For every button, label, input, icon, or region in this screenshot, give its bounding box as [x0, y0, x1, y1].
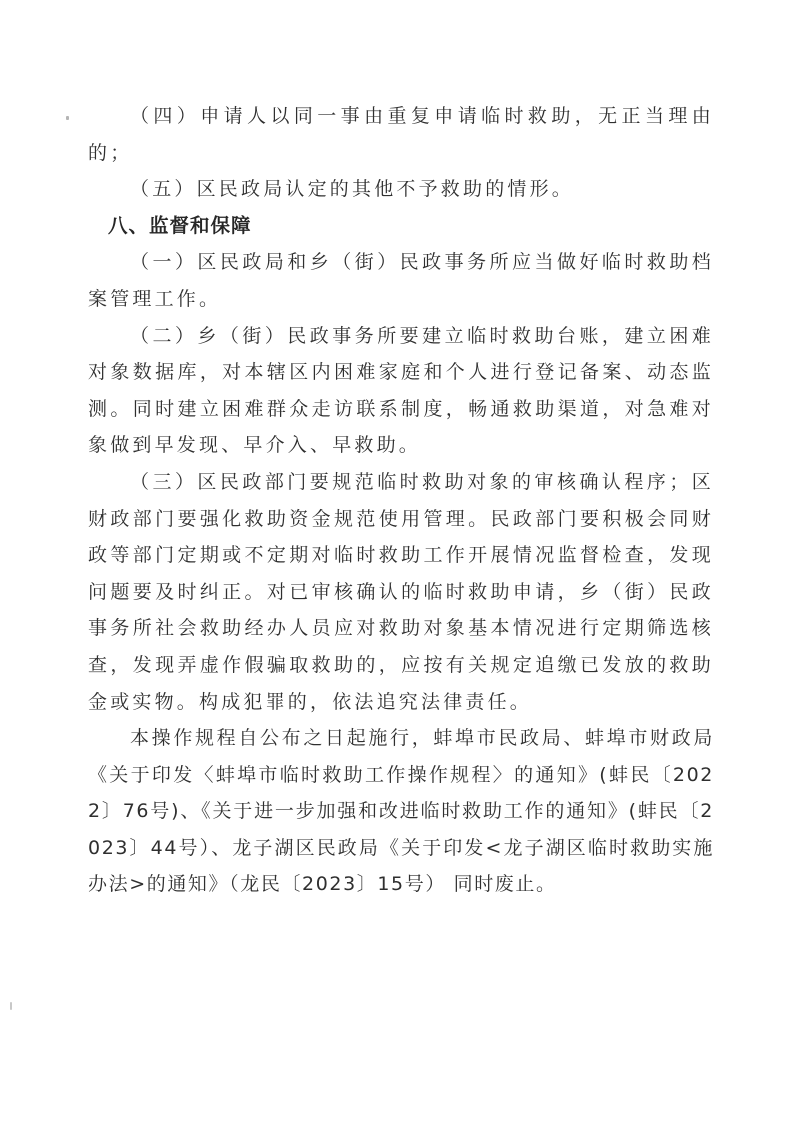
closing-paragraph: 本操作规程自公布之日起施行，蚌埠市民政局、蚌埠市财政局《关于印发〈蚌埠市临时救助…	[88, 720, 714, 903]
scan-artifact	[10, 1002, 12, 1010]
paragraph-sub-2: （二）乡（街）民政事务所要建立临时救助台账，建立困难对象数据库，对本辖区内困难家…	[88, 318, 714, 464]
paragraph-item-5: （五）区民政局认定的其他不予救助的情形。	[88, 171, 714, 208]
paragraph-sub-3: （三）区民政部门要规范临时救助对象的审核确认程序；区财政部门要强化救助资金规范使…	[88, 464, 714, 720]
document-page: （四）申请人以同一事由重复申请临时救助，无正当理由的； （五）区民政局认定的其他…	[88, 98, 714, 903]
paragraph-sub-1: （一）区民政局和乡（街）民政事务所应当做好临时救助档案管理工作。	[88, 244, 714, 317]
paragraph-item-4: （四）申请人以同一事由重复申请临时救助，无正当理由的；	[88, 98, 714, 171]
section-heading: 八、监督和保障	[88, 208, 714, 245]
scan-artifact	[66, 116, 69, 120]
